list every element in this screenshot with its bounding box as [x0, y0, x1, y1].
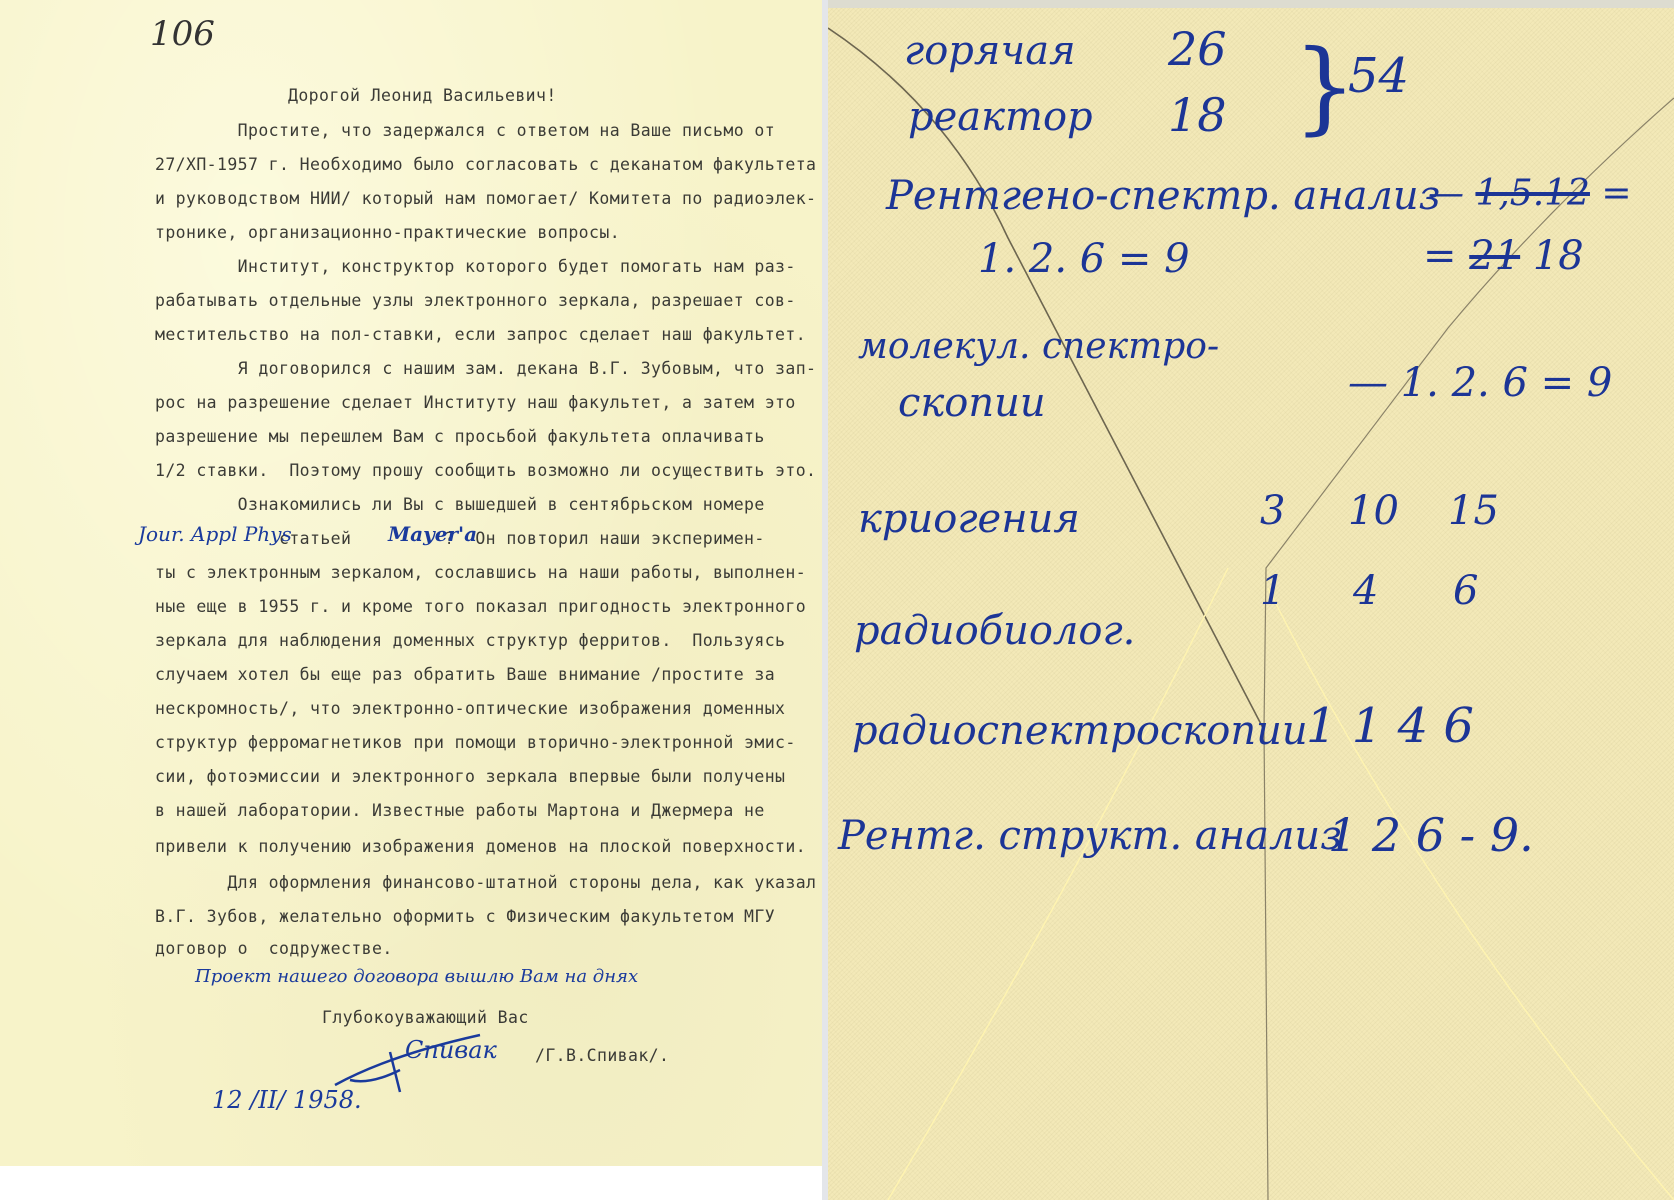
handwritten-author: Mayer'a [388, 522, 477, 546]
letter-line: Я договорился с нашим зам. декана В.Г. З… [155, 359, 816, 378]
envelope-side-note: = 21 18 [1423, 233, 1584, 279]
envelope-value: 26 [1168, 22, 1227, 76]
letter-line: и руководством НИИ/ который нам помогает… [155, 189, 816, 208]
letter-line: Для оформления финансово-штатной стороны… [155, 873, 816, 892]
letter-line: Простите, что задержался с ответом на Ва… [155, 121, 775, 140]
envelope-value: 10 [1348, 488, 1399, 534]
envelope-side-note: — 1. 2. 6 = 9 [1348, 360, 1612, 406]
envelope-label: Рентгено-спектр. анализ [886, 173, 1440, 219]
letter-line: договор о содружестве. [155, 939, 393, 958]
envelope-label: радиобиолог. [854, 608, 1135, 654]
page-number: 106 [150, 14, 215, 54]
envelope-label: реактор [908, 94, 1093, 140]
salutation: Дорогой Леонид Васильевич! [288, 86, 557, 105]
envelope-label: молекул. спектро- [858, 326, 1219, 367]
envelope-label: Рентг. структ. анализ [838, 813, 1342, 859]
envelope-back: горячая 26 реактор 18 } 54 Рентгено-спек… [828, 8, 1674, 1200]
letter-line: ты с электронным зеркалом, сославшись на… [155, 563, 806, 582]
envelope-label: скопии [898, 380, 1046, 426]
envelope-value: 1 [1260, 568, 1285, 614]
letter-line: зеркала для наблюдения доменных структур… [155, 631, 785, 650]
letter-line: рабатывать отдельные узлы электронного з… [155, 291, 796, 310]
letter-line: Ознакомились ли Вы с вышедшей в сентябрь… [155, 495, 765, 514]
closing: Глубокоуважающий Вас [322, 1008, 529, 1027]
letter-line: структур ферромагнетиков при помощи втор… [155, 733, 796, 752]
brace-total: 54 [1348, 48, 1409, 104]
handwritten-journal: Jour. Appl Phys [138, 522, 292, 546]
handwritten-note: Проект нашего договора вышлю Вам на днях [195, 966, 638, 987]
envelope-value: 18 [1168, 88, 1227, 142]
handwritten-date: 12 /II/ 1958. [212, 1086, 362, 1114]
envelope-value: 1 1 4 6 [1306, 698, 1474, 754]
envelope-value: 1 2 6 - 9. [1328, 808, 1534, 862]
letter-line: В.Г. Зубов, желательно оформить с Физиче… [155, 907, 775, 926]
letter-line: местительство на пол-ставки, если запрос… [155, 325, 806, 344]
envelope-value: 6 [1453, 568, 1478, 614]
scan-border [828, 0, 1674, 8]
letter-line: Институт, конструктор которого будет пом… [155, 257, 796, 276]
signature: Спивак [405, 1036, 497, 1064]
envelope-value: 1. 2. 6 = 9 [978, 236, 1190, 282]
envelope-value: 15 [1448, 488, 1499, 534]
envelope-label: горячая [904, 28, 1076, 74]
letter-line: разрешение мы перешлем Вам с просьбой фа… [155, 427, 765, 446]
letter-line: сии, фотоэмиссии и электронного зеркала … [155, 767, 785, 786]
signatory-name: /Г.В.Спивак/. [535, 1046, 669, 1065]
letter-line: рос на разрешение сделает Институту наш … [155, 393, 796, 412]
envelope-side-note: — 1,5.12 = [1428, 173, 1632, 214]
typed-letter-page: 106 Дорогой Леонид Васильевич! Простите,… [0, 0, 822, 1166]
envelope-label: радиоспектроскопии [852, 708, 1308, 754]
envelope-label: криогения [858, 496, 1080, 542]
letter-line: привели к получению изображения доменов … [155, 837, 806, 856]
letter-line: ные еще в 1955 г. и кроме того показал п… [155, 597, 806, 616]
letter-line: 1/2 ставки. Поэтому прошу сообщить возмо… [155, 461, 816, 480]
letter-line: случаем хотел бы еще раз обратить Ваше в… [155, 665, 775, 684]
envelope-value: 4 [1353, 568, 1378, 614]
letter-line: в нашей лаборатории. Известные работы Ма… [155, 801, 765, 820]
letter-line: 27/ХП-1957 г. Необходимо было согласоват… [155, 155, 816, 174]
envelope-value: 3 [1260, 488, 1285, 534]
letter-line: тронике, организационно-практические воп… [155, 223, 620, 242]
letter-line: нескромность/, что электронно-оптические… [155, 699, 785, 718]
